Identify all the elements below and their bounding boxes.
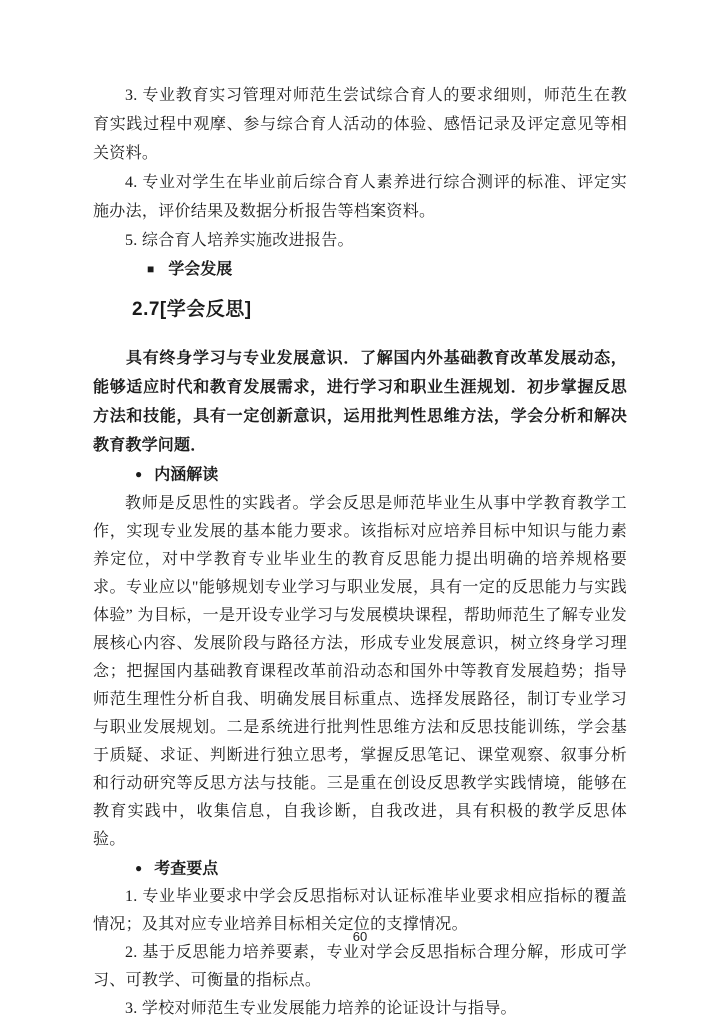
intro-paragraph: 具有终身学习与专业发展意识．了解国内外基础教育改革发展动态，能够适应时代和教育发… xyxy=(93,344,627,460)
section-heading-label: 学会发展 xyxy=(168,261,232,278)
page-number: 60 xyxy=(0,929,720,944)
document-page: 3. 专业教育实习管理对师范生尝试综合育人的要求细则，师范生在教育实践过程中观摩… xyxy=(0,0,720,1018)
connotation-heading-label: 内涵解读 xyxy=(154,467,218,484)
section-heading: ■学会发展 xyxy=(93,255,627,284)
square-bullet-icon: ■ xyxy=(147,262,154,276)
examine-item-2: 2. 基于反思能力培养要素，专业对学会反思指标合理分解，形成可学习、可教学、可衡… xyxy=(93,939,627,995)
dot-bullet-icon: ● xyxy=(135,467,142,481)
examine-heading: ●考查要点 xyxy=(93,854,627,884)
subsection-heading: 2.7[学会反思] xyxy=(93,294,627,326)
examine-heading-label: 考查要点 xyxy=(154,860,218,877)
connotation-paragraph: 教师是反思性的实践者。学会反思是师范毕业生从事中学教育教学工作，实现专业发展的基… xyxy=(93,490,627,854)
document-content: 3. 专业教育实习管理对师范生尝试综合育人的要求细则，师范生在教育实践过程中观摩… xyxy=(93,81,627,1018)
list-item-5: 5. 综合育人培养实施改进报告。 xyxy=(93,226,627,255)
dot-bullet-icon: ● xyxy=(135,861,142,875)
connotation-heading: ●内涵解读 xyxy=(93,460,627,490)
list-item-3: 3. 专业教育实习管理对师范生尝试综合育人的要求细则，师范生在教育实践过程中观摩… xyxy=(93,81,627,168)
list-item-4: 4. 专业对学生在毕业前后综合育人素养进行综合测评的标准、评定实施办法，评价结果… xyxy=(93,168,627,226)
examine-item-3: 3. 学校对师范生专业发展能力培养的论证设计与指导。 xyxy=(93,995,627,1018)
